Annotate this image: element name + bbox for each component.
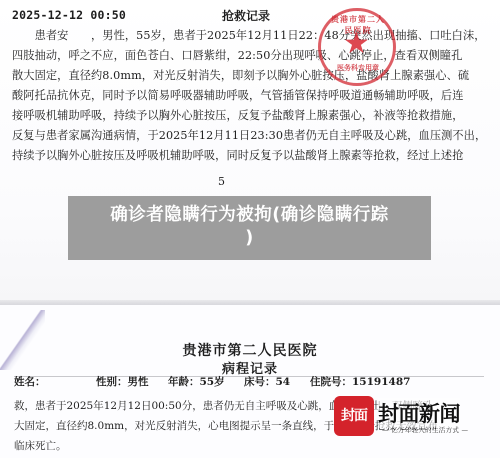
patient-info-row: 姓名： 性别：男性 年龄：55岁 床号：54 住院号：15191487 [14,374,484,377]
progress-line: 大固定，直径约8.0mm，对光反射消失，心电图提示呈一条直线，于00:50分抢救… [14,418,438,433]
record-timestamp: 2025-12-12 00:50 [12,8,126,22]
headline-overlay: 确诊者隐瞒行为被拘(确诊隐瞒行踪 ) [68,196,431,260]
patient-bed: 床号：54 [244,374,290,389]
official-seal-stamp: 贵港市第二人民医院 ★ 医务科专用章 [318,8,396,86]
headline-line-2: ) [68,227,431,250]
patient-gender: 性别：男性 [96,374,149,389]
record-line: 反复与患者家属沟通病情，于2025年12月11日23:30患者仍无自主呼吸及心跳… [12,127,486,143]
stamp-bottom-text: 医务科专用章 [325,63,391,73]
hospital-name: 贵港市第二人民医院 [0,340,500,360]
cover-news-slogan: — 亿万年轻人的生活方式 — [382,425,468,434]
headline-line-1: 确诊者隐瞒行为被拘(确诊隐瞒行踪 [68,204,431,227]
cover-news-logo-icon: 封面 [334,396,374,436]
cover-news-brand-name: 封面新闻 [378,398,460,428]
progress-line: 临床死亡。 [14,438,67,453]
record-line: 患者安 ，男性，55岁，患者于2025年12月11日22：48分突然出现抽搐、口… [12,27,486,43]
record-title: 抢救记录 [222,7,270,24]
star-icon: ★ [343,29,370,59]
patient-age: 年龄：55岁 [168,374,225,389]
patient-name-label: 姓名： [14,374,46,389]
record-line: 持续予以胸外心脏按压及呼吸机辅助呼吸，同时反复予以盐酸肾上腺素等抢救，经过上述抢 [12,147,464,163]
record-line: 接呼吸机辅助呼吸，持续予以胸外心脏按压，反复予盐酸肾上腺素强心，补液等抢救措施， [12,107,464,123]
record-line: 散大固定，直径约8.0mm，对光反射消失，即刻予以胸外心脏按压，盐酸肾上腺素强心… [12,67,469,83]
record-line: 酸阿托品抗休克，同时予以简易呼吸器辅助呼吸，气管插管保持呼吸道通畅辅助呼吸，后连 [12,87,464,103]
patient-admission-number: 住院号：15191487 [310,374,410,389]
page-number: 5 [218,175,225,188]
